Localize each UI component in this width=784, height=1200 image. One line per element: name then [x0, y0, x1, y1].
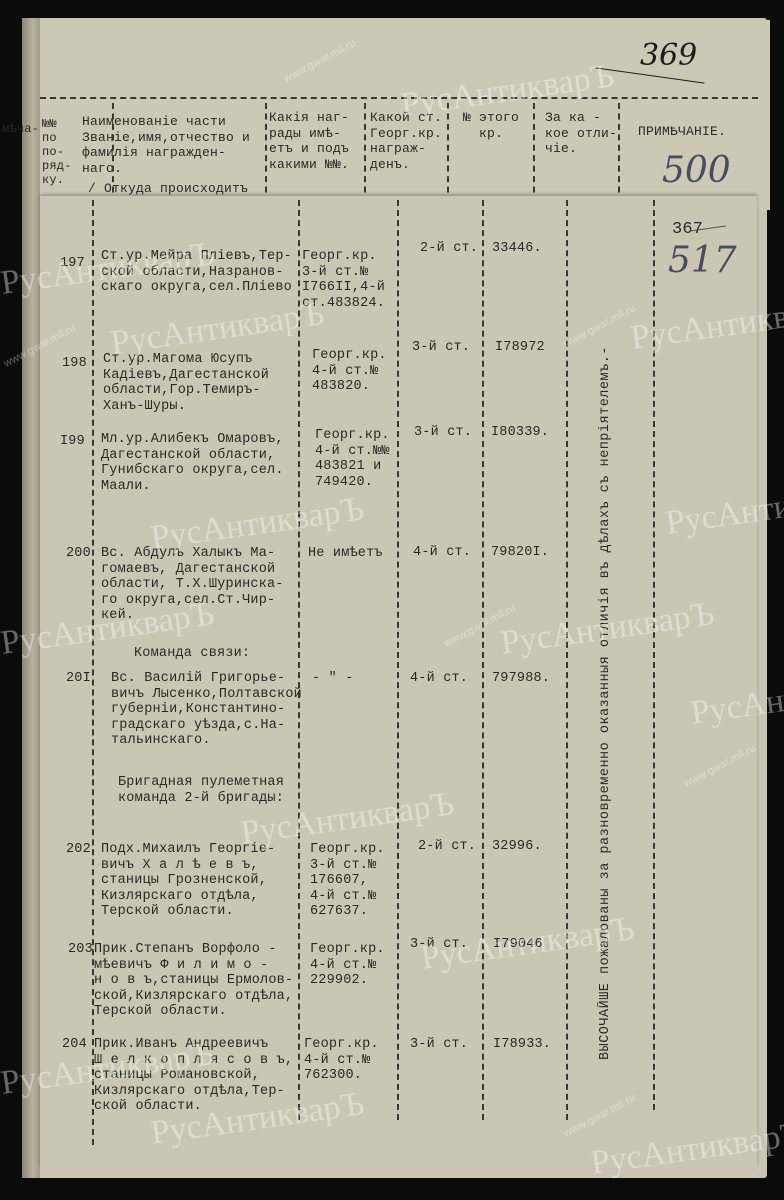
row-cross-no: I78933. [493, 1037, 551, 1053]
row-number: 197 [60, 256, 85, 272]
row-name: Прик.Иванъ Андреевичъ Ш е л к о п л я с … [94, 1037, 293, 1115]
row-name: Ст.ур.Магома Юсупъ Кадіевъ,Дагестанской … [103, 352, 269, 414]
section-heading: Команда связи: [134, 646, 250, 662]
row-number: 204 [62, 1037, 87, 1053]
distinction-vertical-text: ВЫСОЧАЙШЕ пожалованы за разновременно ок… [598, 290, 613, 1060]
row-degree: 4-й ст. [410, 671, 468, 687]
header-divider [364, 103, 366, 203]
row-awards-had: Георг.кр. 4-й ст.№ 483820. [312, 348, 387, 395]
row-awards-had: Георг.кр. 3-й ст.№ 176607, 4-й ст.№ 6276… [310, 842, 385, 920]
header-num: №№ по по-ряд-ку. [42, 117, 72, 187]
row-number: 200 [66, 546, 91, 562]
header-divider [112, 103, 114, 203]
row-awards-had: Георг.кр. 4-й ст.№ 762300. [304, 1037, 379, 1084]
row-number: 20I [66, 671, 91, 687]
column-divider [482, 200, 484, 1120]
row-degree: 2-й ст. [420, 241, 478, 257]
row-cross-no: 33446. [492, 241, 542, 257]
row-degree: 3-й ст. [410, 1037, 468, 1053]
header-cross-no: № этого кр. [452, 110, 530, 141]
header-divider [447, 103, 449, 203]
column-divider [397, 200, 399, 1120]
left-margin-fragment: мѣча- [2, 122, 39, 138]
header-distinction: За ка - кое отли-чіе. [545, 110, 617, 157]
row-awards-had: - " - [312, 671, 354, 687]
row-cross-no: 32996. [492, 839, 542, 855]
row-name: Ст.ур.Мейра Пліевъ,Тер- ской области,Наз… [101, 249, 292, 296]
row-number: I99 [60, 434, 85, 450]
row-degree: 3-й ст. [412, 340, 470, 356]
row-awards-had: Георг.кр. 4-й ст.№№ 483821 и 749420. [315, 428, 390, 490]
header-divider [618, 103, 620, 203]
row-number: 198 [62, 356, 87, 372]
column-divider [298, 200, 300, 1120]
row-degree: 4-й ст. [413, 545, 471, 561]
section-heading: Бригадная пулеметная командa 2-й бригады… [118, 775, 303, 806]
header-awards-had: Какія наг-рады имѣ-етъ и подъ какими №№. [269, 110, 363, 172]
header-divider [265, 103, 267, 203]
header-divider [533, 103, 535, 203]
row-cross-no: 797988. [492, 671, 550, 687]
row-awards-had: Георг.кр. 3-й ст.№ I766II,4-й ст.483824. [302, 249, 385, 311]
handwritten-page-number: 369 [640, 38, 697, 73]
row-number: 202 [66, 842, 91, 858]
row-name: Вс. Абдулъ Халыкъ Ма- гомаевъ, Дагестанс… [101, 546, 284, 624]
row-awards-had: Георг.кр. 4-й ст.№ 229902. [310, 942, 385, 989]
row-cross-no: I78972 [495, 340, 545, 356]
page-binding-edge [22, 18, 40, 1178]
header-name: Наименованіе части Званіе,имя,отчество и… [82, 114, 264, 176]
row-cross-no: I80339. [491, 425, 549, 441]
header-degree: Какой ст. Георг.кр. награж-денъ. [370, 110, 450, 172]
row-number: 203 [68, 942, 93, 958]
row-degree: 3-й ст. [414, 425, 472, 441]
column-divider [566, 200, 568, 1120]
row-name: Мл.ур.Алибекъ Омаровъ, Дагестанской обла… [101, 432, 284, 494]
row-degree: 3-й ст. [410, 937, 468, 953]
handwritten-sheet-number: 517 [668, 240, 737, 281]
row-cross-no: I79046 [493, 937, 543, 953]
row-name: Подх.Михаилъ Георгіе- вичъ Х а л ѣ е в ъ… [101, 842, 275, 920]
row-cross-no: 79820I. [491, 545, 549, 561]
column-divider [653, 200, 655, 1110]
header-note: ПРИМѢЧАНІЕ. [638, 124, 726, 140]
row-name: Вс. Василій Григорье- вичъ Лысенко,Полта… [111, 671, 302, 749]
row-name: Прик.Степанъ Ворфоло - мѣевичъ Ф и л и м… [94, 942, 293, 1020]
header-top-rule [40, 97, 758, 99]
row-awards-had: Не имѣетъ [308, 546, 383, 562]
row-degree: 2-й ст. [418, 839, 476, 855]
handwritten-header-note: 500 [662, 150, 731, 191]
